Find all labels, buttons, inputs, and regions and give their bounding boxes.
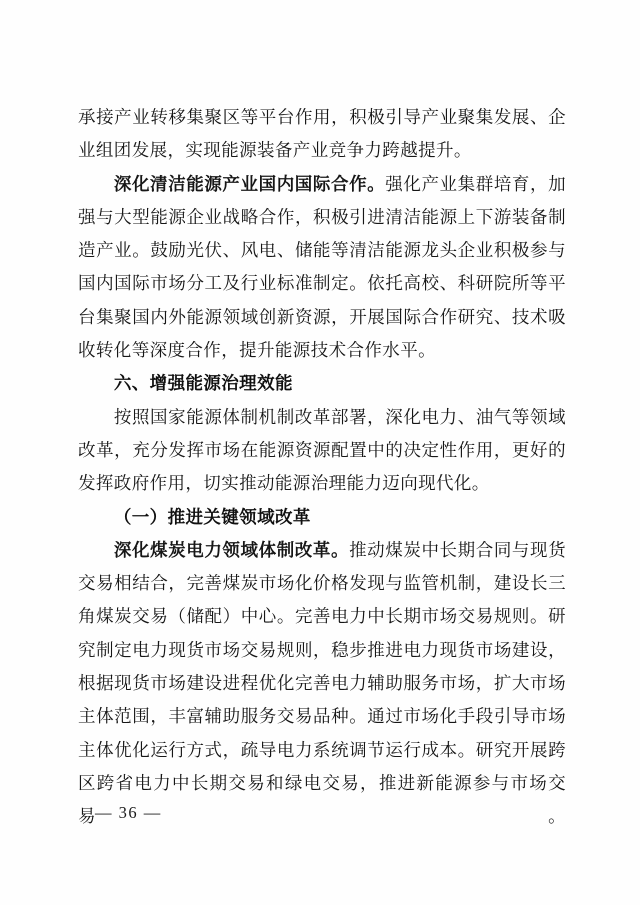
paragraph-lead-bold: 深化清洁能源产业国内国际合作。 [114, 174, 385, 194]
paragraph-line: 深化清洁能源产业国内国际合作。强化产业集群培育，加 [78, 168, 566, 201]
paragraph-line: 主体优化运行方式，疏导电力系统调节运行成本。研究开展跨 [78, 734, 566, 767]
paragraph-line: 强与大型能源企业战略合作，积极引进清洁能源上下游装备制 [78, 201, 566, 234]
paragraph-line: 台集聚国内外能源领域创新资源，开展国际合作研究、技术吸 [78, 301, 566, 334]
paragraph-text: 强化产业集群培育，加 [385, 174, 566, 194]
section-heading: 六、增强能源治理效能 [78, 367, 566, 400]
paragraph-line: 区跨省电力中长期交易和绿电交易，推进新能源参与市场交易。 [78, 767, 566, 800]
paragraph-line: 深化煤炭电力领域体制改革。推动煤炭中长期合同与现货 [78, 534, 566, 567]
document-page: 承接产业转移集聚区等平台作用，积极引导产业聚集发展、企 业组团发展，实现能源装备… [0, 0, 640, 905]
paragraph-line: 主体范围，丰富辅助服务交易品种。通过市场化手段引导市场 [78, 700, 566, 733]
paragraph-line: 根据现货市场建设进程优化完善电力辅助服务市场，扩大市场 [78, 667, 566, 700]
paragraph-line: 交易相结合，完善煤炭市场化价格发现与监管机制，建设长三 [78, 567, 566, 600]
subsection-heading: （一）推进关键领域改革 [78, 501, 566, 534]
page-number: — 36 — [95, 803, 162, 823]
paragraph-line: 角煤炭交易（储配）中心。完善电力中长期市场交易规则。研 [78, 600, 566, 633]
paragraph-text: 推动煤炭中长期合同与现货 [349, 540, 566, 560]
paragraph-line: 收转化等深度合作，提升能源技术合作水平。 [78, 334, 566, 367]
paragraph-line: 造产业。鼓励光伏、风电、储能等清洁能源龙头企业积极参与 [78, 234, 566, 267]
paragraph-line: 究制定电力现货市场交易规则，稳步推进电力现货市场建设， [78, 634, 566, 667]
paragraph-line: 承接产业转移集聚区等平台作用，积极引导产业聚集发展、企 [78, 101, 566, 134]
paragraph-line: 发挥政府作用，切实推动能源治理能力迈向现代化。 [78, 467, 566, 500]
paragraph-line: 改革，充分发挥市场在能源资源配置中的决定性作用，更好的 [78, 434, 566, 467]
paragraph-line: 业组团发展，实现能源装备产业竞争力跨越提升。 [78, 134, 566, 167]
paragraph-line: 按照国家能源体制机制改革部署，深化电力、油气等领域 [78, 401, 566, 434]
paragraph-lead-bold: 深化煤炭电力领域体制改革。 [114, 540, 349, 560]
body-text: 承接产业转移集聚区等平台作用，积极引导产业聚集发展、企 业组团发展，实现能源装备… [78, 101, 566, 800]
paragraph-line: 国内国际市场分工及行业标准制定。依托高校、科研院所等平 [78, 267, 566, 300]
